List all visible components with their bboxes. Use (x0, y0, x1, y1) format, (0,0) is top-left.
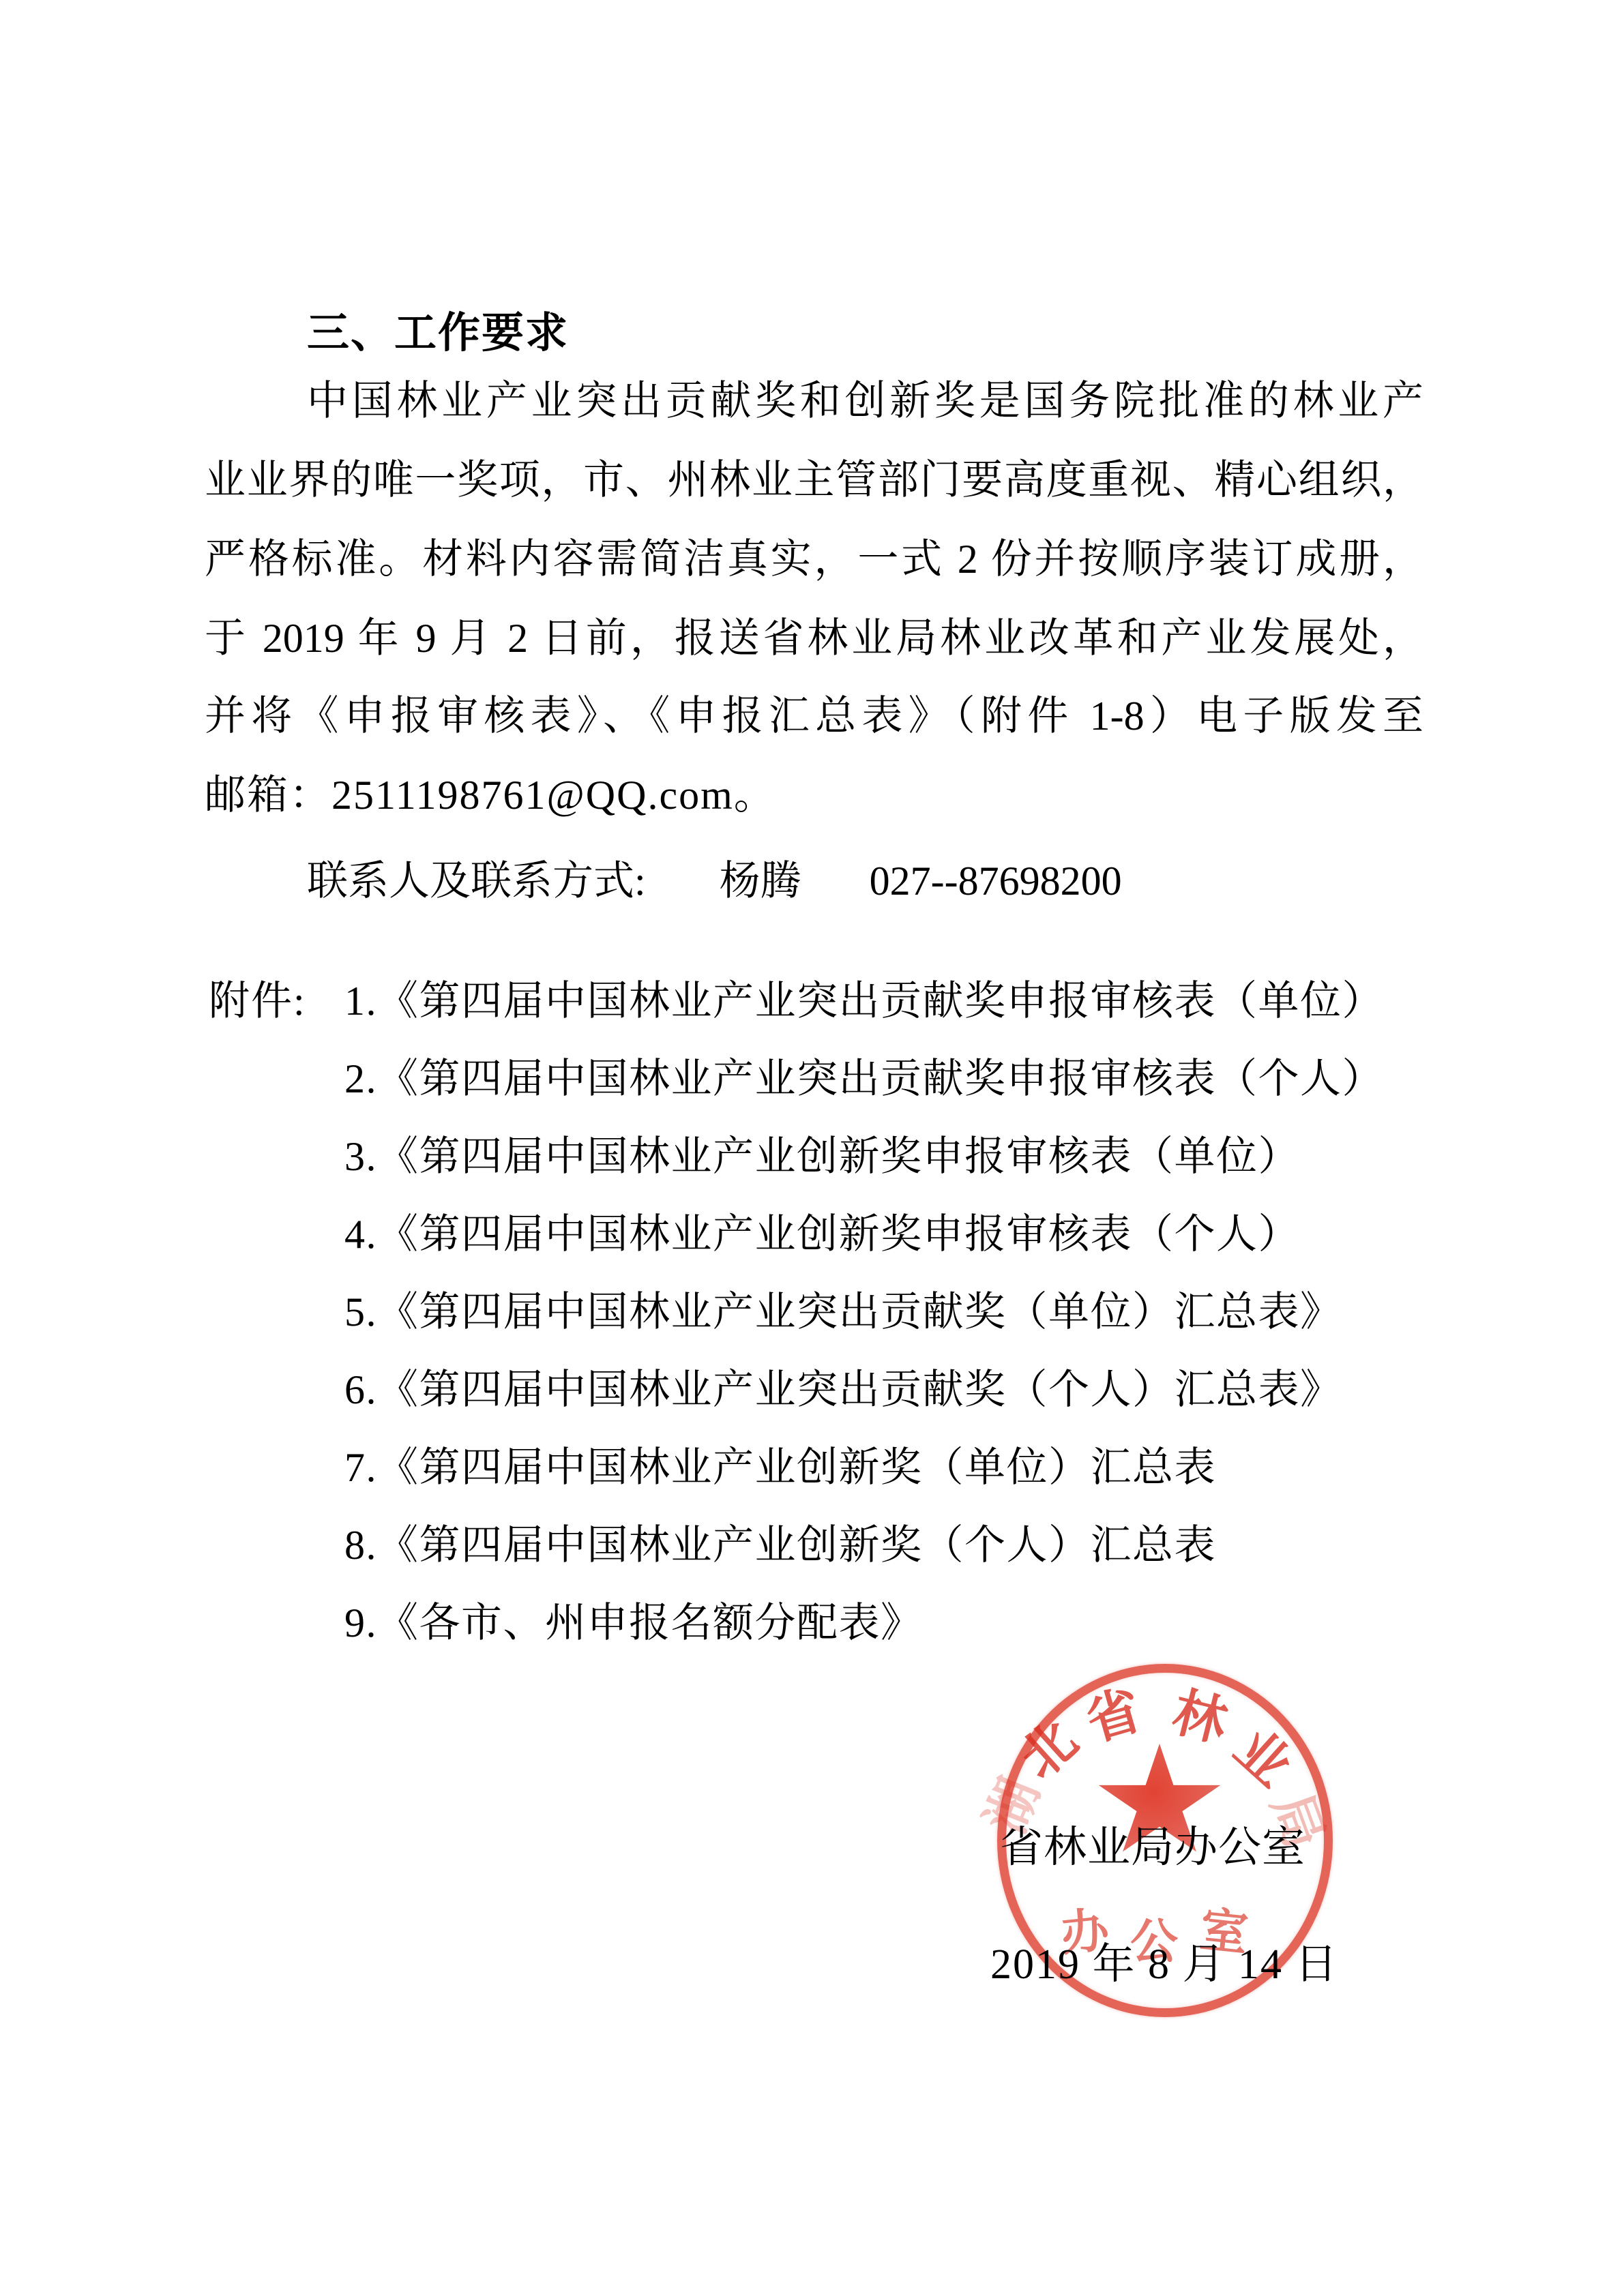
attachment-item: 4.《第四届中国林业产业创新奖申报审核表（个人） (344, 1202, 1300, 1260)
attachment-item: 1.《第四届中国林业产业突出贡献奖申报审核表（单位） (344, 968, 1384, 1027)
attachment-item: 9.《各市、州申报名额分配表》 (344, 1590, 923, 1649)
attachment-item: 2.《第四届中国林业产业突出贡献奖申报审核表（个人） (344, 1046, 1384, 1105)
attachment-item: 8.《第四届中国林业产业创新奖（个人）汇总表 (344, 1512, 1216, 1571)
contact-label: 联系人及联系方式: (307, 848, 646, 907)
attachment-item: 5.《第四届中国林业产业突出贡献奖（单位）汇总表》 (344, 1279, 1342, 1338)
email-line: 邮箱：2511198761@QQ.com。 (205, 771, 776, 820)
document-page: 三、工作要求 中国林业产业突出贡献奖和创新奖是国务院批准的林业产 业业界的唯一奖… (0, 0, 1624, 2296)
contact-line: 联系人及联系方式: 杨腾 027--87698200 (307, 848, 1122, 907)
paragraph-line: 中国林业产业突出贡献奖和创新奖是国务院批准的林业产 (307, 376, 1423, 426)
paragraph-line: 严格标准。材料内容需简洁真实，一式 2 份并按顺序装订成册， (205, 535, 1423, 584)
contact-name: 杨腾 (720, 848, 801, 907)
paragraph-line: 业业界的唯一奖项，市、州林业主管部门要高度重视、精心组织， (205, 456, 1423, 505)
contact-phone: 027--87698200 (870, 858, 1122, 905)
attachment-item: 3.《第四届中国林业产业创新奖申报审核表（单位） (344, 1124, 1300, 1182)
signature-office: 省林业局办公室 (1000, 1813, 1305, 1875)
signature-date: 2019 年 8 月 14 日 (990, 1930, 1339, 1991)
paragraph-line: 于 2019 年 9 月 2 日前，报送省林业局林业改革和产业发展处， (205, 614, 1423, 663)
paragraph-line: 并将《申报审核表》、《申报汇总表》（附件 1-8）电子版发至 (205, 691, 1423, 741)
attachment-item: 6.《第四届中国林业产业突出贡献奖（个人）汇总表》 (344, 1357, 1342, 1416)
attachments-label: 附件: (209, 968, 306, 1027)
section-heading: 三、工作要求 (307, 299, 569, 359)
attachment-item: 7.《第四届中国林业产业创新奖（单位）汇总表 (344, 1435, 1216, 1493)
